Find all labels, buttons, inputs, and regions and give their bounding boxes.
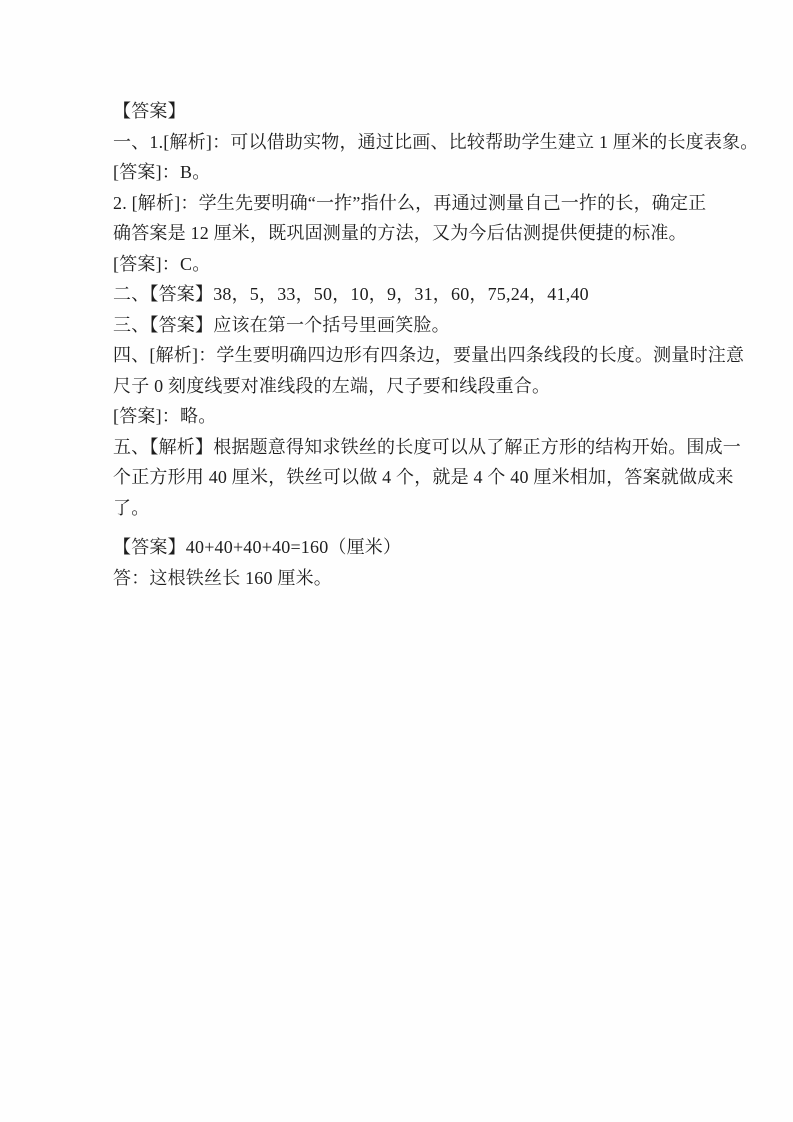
document-line: 了。 bbox=[113, 493, 678, 524]
document-body: 【答案】一、1.[解析]：可以借助实物，通过比画、比较帮助学生建立 1 厘米的长… bbox=[113, 96, 678, 593]
document-line: 二、【答案】38，5，33，50，10，9，31，60，75,24，41,40 bbox=[113, 279, 678, 310]
document-page: 【答案】一、1.[解析]：可以借助实物，通过比画、比较帮助学生建立 1 厘米的长… bbox=[0, 0, 793, 1122]
document-line: 尺子 0 刻度线要对准线段的左端，尺子要和线段重合。 bbox=[113, 371, 678, 402]
document-line: [答案]：B。 bbox=[113, 157, 678, 188]
document-line: 三、【答案】应该在第一个括号里画笑脸。 bbox=[113, 310, 678, 341]
document-line: 四、[解析]：学生要明确四边形有四条边，要量出四条线段的长度。测量时注意 bbox=[113, 340, 678, 371]
document-line: [答案]：略。 bbox=[113, 401, 678, 432]
document-line: 【答案】40+40+40+40=160（厘米） bbox=[113, 532, 678, 563]
document-line: 五、【解析】根据题意得知求铁丝的长度可以从了解正方形的结构开始。围成一 bbox=[113, 432, 678, 463]
document-line: 个正方形用 40 厘米，铁丝可以做 4 个，就是 4 个 40 厘米相加，答案就… bbox=[113, 462, 678, 493]
document-line: 一、1.[解析]：可以借助实物，通过比画、比较帮助学生建立 1 厘米的长度表象。 bbox=[113, 127, 678, 158]
document-line: 确答案是 12 厘米，既巩固测量的方法，又为今后估测提供便捷的标准。 bbox=[113, 218, 678, 249]
document-line: 答：这根铁丝长 160 厘米。 bbox=[113, 563, 678, 594]
answers-heading: 【答案】 bbox=[113, 96, 678, 127]
document-line: 2. [解析]：学生先要明确“一拃”指什么，再通过测量自己一拃的长，确定正 bbox=[113, 188, 678, 219]
document-line: [答案]：C。 bbox=[113, 249, 678, 280]
